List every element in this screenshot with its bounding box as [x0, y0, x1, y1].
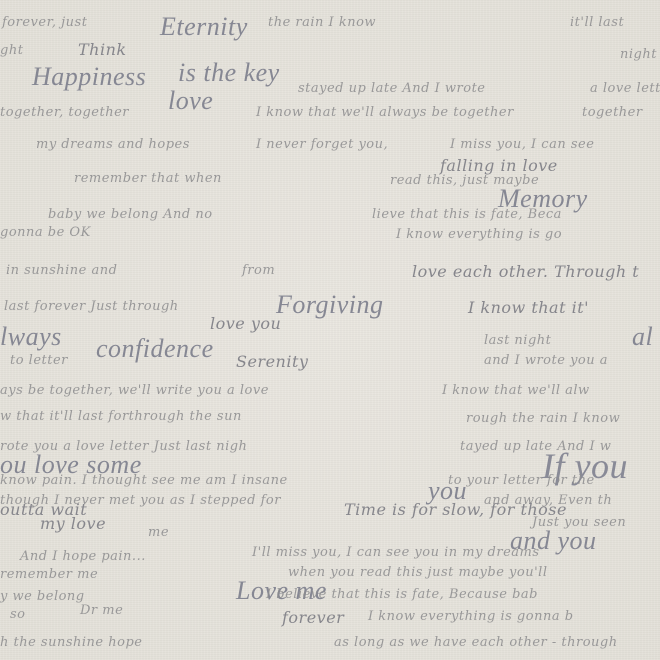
handwritten-phrase: rough the rain I know — [466, 412, 620, 425]
handwritten-phrase: forever, just — [2, 16, 87, 29]
handwritten-phrase: to letter — [10, 354, 68, 367]
handwritten-phrase: is the key — [178, 60, 280, 86]
handwritten-phrase: love you — [210, 316, 281, 332]
handwritten-phrase: in sunshine and — [6, 264, 117, 277]
handwritten-phrase: the rain I know — [268, 16, 376, 29]
handwritten-phrase: falling in love — [440, 158, 558, 174]
handwritten-phrase: w that it'll last forthrough the sun — [0, 410, 242, 423]
handwritten-phrase: Forgiving — [276, 292, 384, 318]
handwritten-phrase: my love — [40, 516, 106, 532]
handwritten-phrase: lways — [0, 324, 62, 350]
handwritten-phrase: it'll last — [570, 16, 624, 29]
handwritten-phrase: I never forget you, — [256, 138, 388, 151]
handwritten-phrase: y we belong — [0, 590, 85, 603]
handwritten-phrase: remember me — [0, 568, 98, 581]
handwritten-phrase: Happiness — [32, 64, 146, 90]
handwritten-phrase: I believe that this is fate, Because bab — [266, 588, 538, 601]
handwritten-phrase: stayed up late And I wrote — [298, 82, 486, 95]
handwritten-phrase: I know everything is go — [396, 228, 562, 241]
handwritten-phrase: last forever Just through — [4, 300, 179, 313]
handwritten-phrase: Eternity — [160, 14, 248, 40]
script-wallpaper: forever, justthe rain I knowit'll lastgh… — [0, 0, 660, 660]
handwritten-phrase: know pain. I thought see me am I insane — [0, 474, 288, 487]
handwritten-phrase: remember that when — [74, 172, 222, 185]
handwritten-phrase: gonna be OK — [0, 226, 91, 239]
handwritten-phrase: to your letter for the — [448, 474, 595, 487]
handwritten-phrase: Serenity — [236, 354, 308, 370]
handwritten-phrase: confidence — [96, 336, 214, 362]
handwritten-phrase: ays be together, we'll write you a love — [0, 384, 269, 397]
handwritten-phrase: last night — [484, 334, 551, 347]
handwritten-phrase: I know that we'll always be together — [256, 106, 514, 119]
handwritten-phrase: love — [168, 88, 213, 114]
handwritten-phrase: night — [620, 48, 657, 61]
handwritten-phrase: I know that we'll alw — [442, 384, 590, 397]
handwritten-phrase: from — [242, 264, 275, 277]
handwritten-phrase: as long as we have each other - through — [334, 636, 618, 649]
handwritten-phrase: al — [632, 324, 653, 350]
handwritten-phrase: baby we belong And no — [48, 208, 213, 221]
handwritten-phrase: together, together — [0, 106, 129, 119]
handwritten-phrase: and I wrote you a — [484, 354, 608, 367]
handwritten-phrase: And I hope pain... — [20, 550, 146, 563]
handwritten-phrase: forever — [282, 610, 344, 626]
handwritten-phrase: ght — [0, 44, 23, 57]
handwritten-phrase: love each other. Through t — [412, 264, 639, 280]
handwritten-phrase: h the sunshine hope — [0, 636, 142, 649]
handwritten-phrase: I miss you, I can see — [450, 138, 594, 151]
handwritten-phrase: I know that it' — [468, 300, 589, 316]
handwritten-phrase: I know everything is gonna b — [368, 610, 574, 623]
handwritten-phrase: together — [582, 106, 643, 119]
handwritten-phrase: lieve that this is fate, Beca — [372, 208, 562, 221]
handwritten-phrase: so — [10, 608, 26, 621]
handwritten-phrase: me — [148, 526, 169, 539]
handwritten-phrase: Dr me — [80, 604, 123, 617]
handwritten-phrase: my dreams and hopes — [36, 138, 190, 151]
handwritten-phrase: Think — [78, 42, 127, 58]
handwritten-phrase: I'll miss you, I can see you in my dream… — [252, 546, 540, 559]
handwritten-phrase: a love letter — [590, 82, 660, 95]
